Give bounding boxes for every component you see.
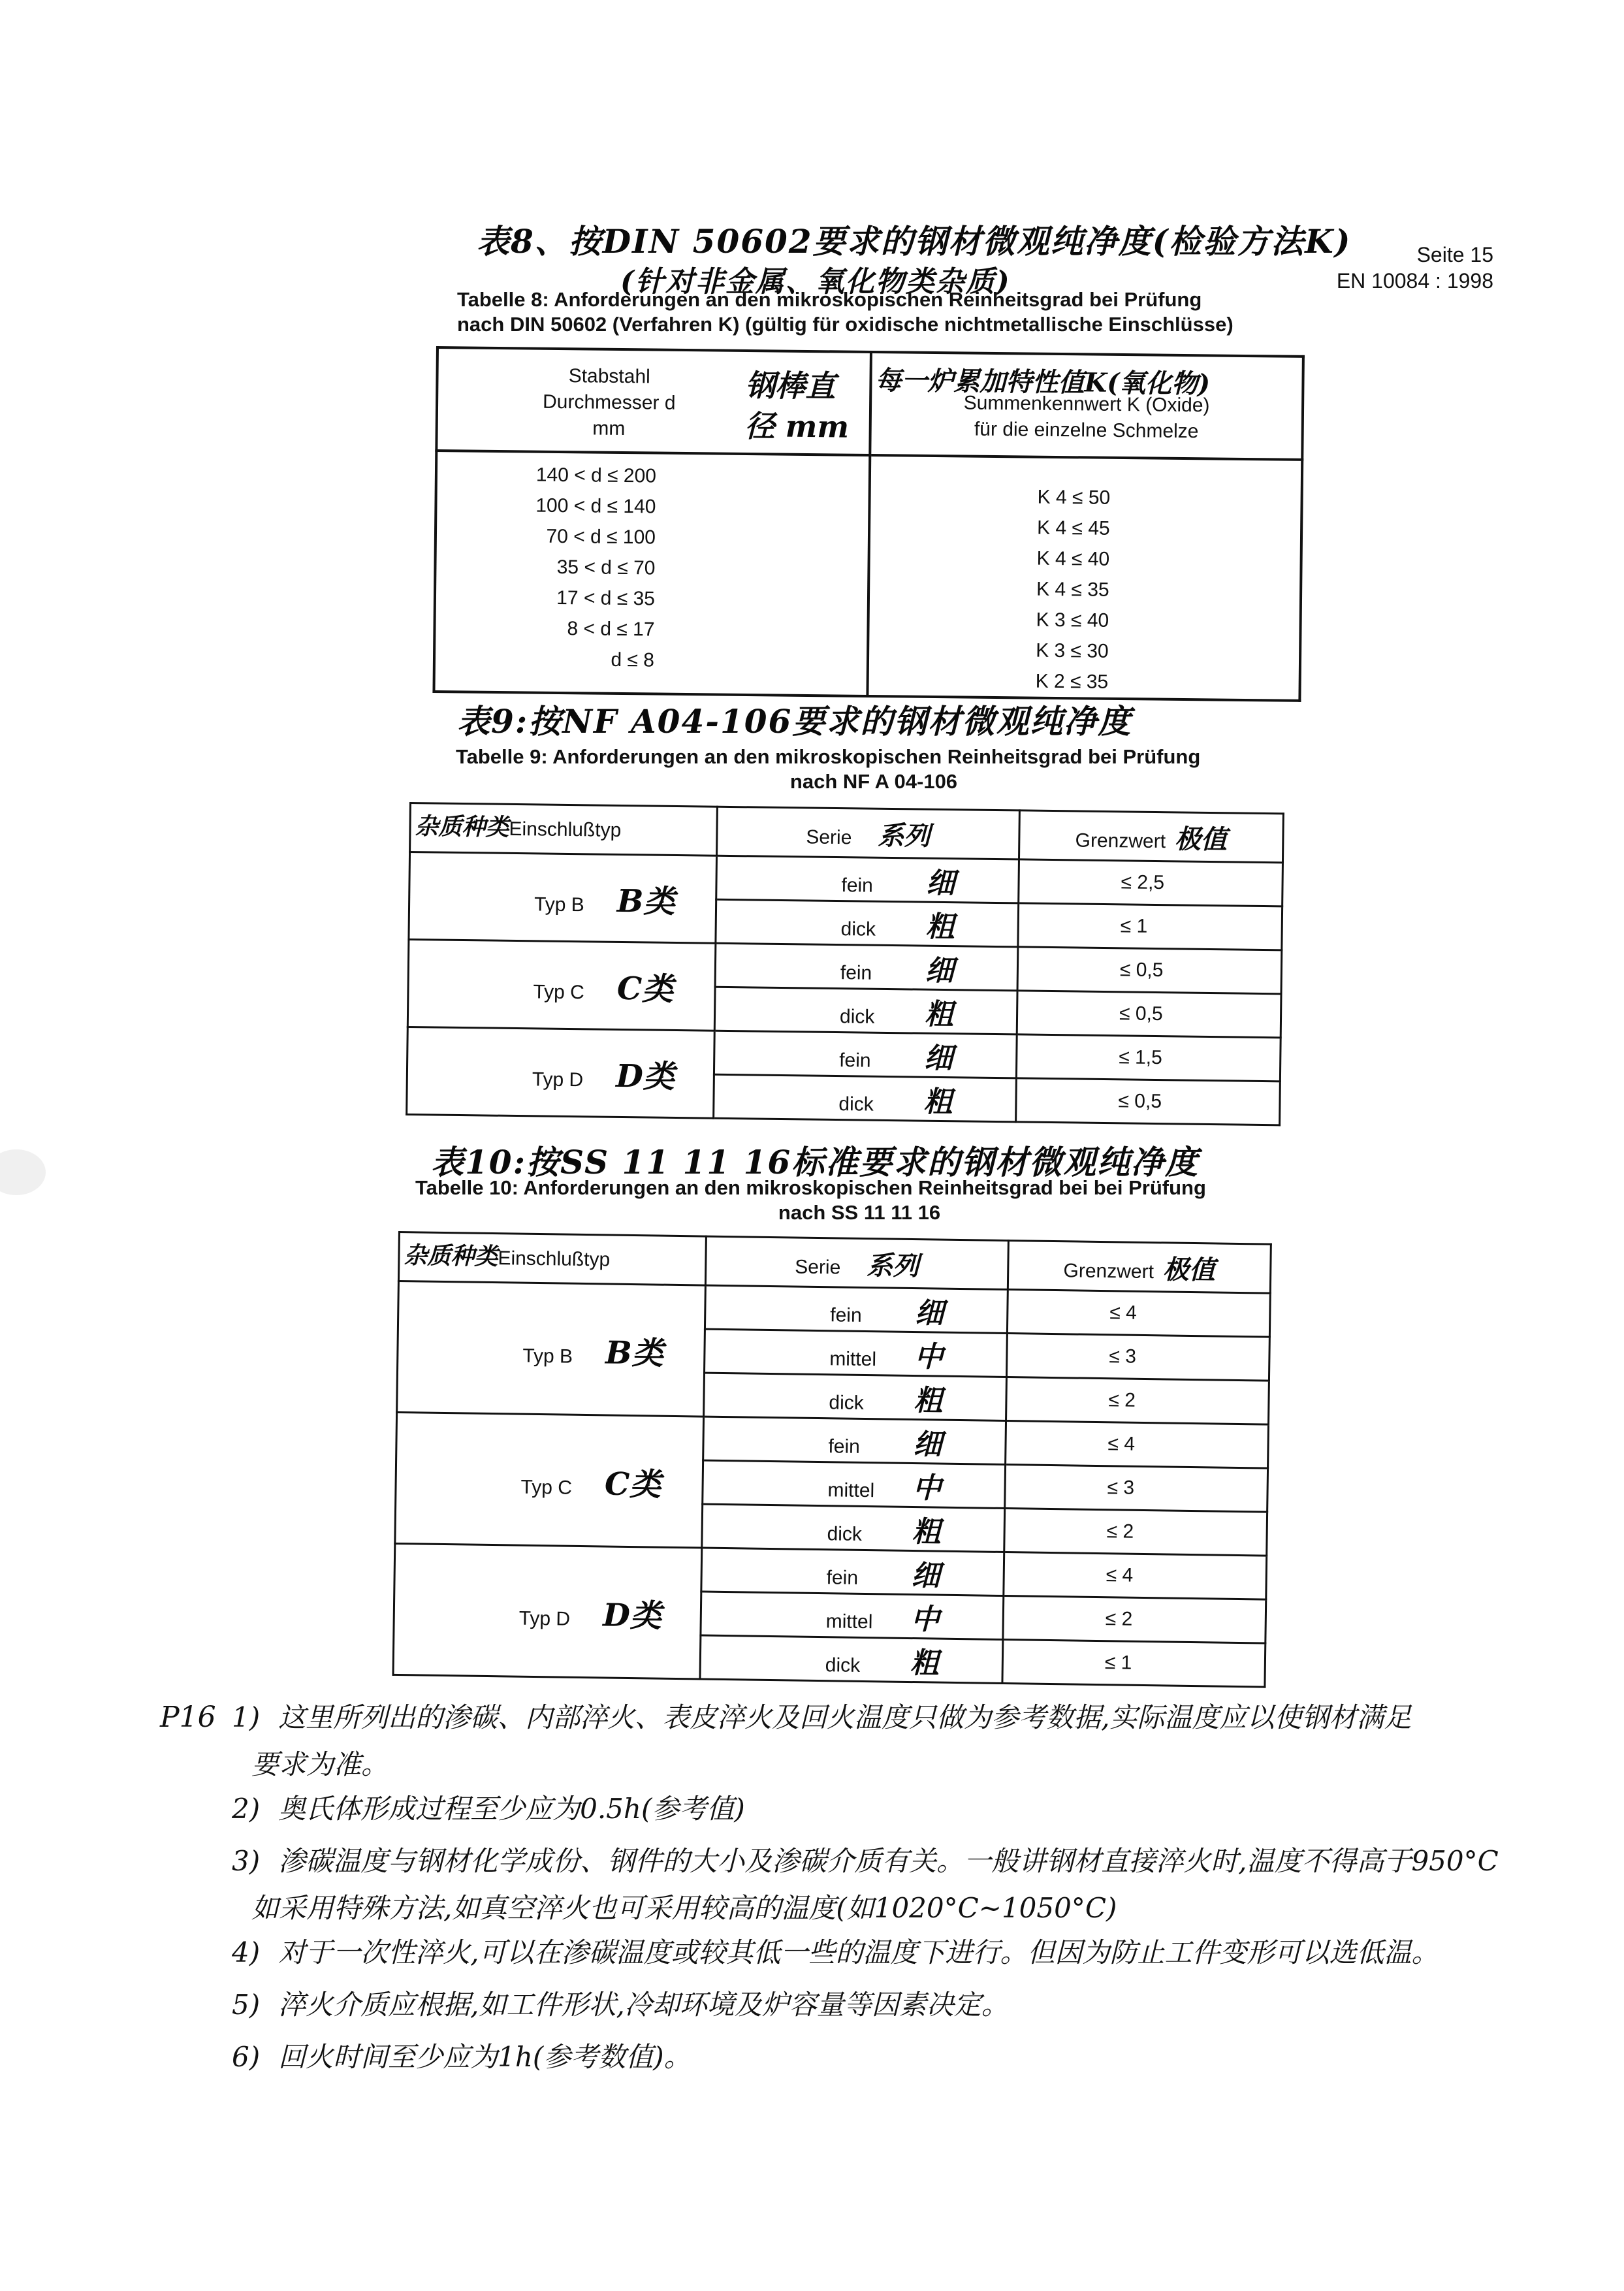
series-cell: dick粗 xyxy=(714,987,1017,1034)
series-cell: fein细 xyxy=(701,1548,1004,1595)
note-text: 回火时间至少应为1h(参考数值)。 xyxy=(278,2041,692,2073)
series-value: fein xyxy=(828,1435,900,1459)
series-cell: fein细 xyxy=(716,856,1019,903)
limit-cell: ≤ 1 xyxy=(1018,903,1282,950)
header-type: 杂质种类Einschlußtyp xyxy=(398,1232,706,1286)
table8-header-diameter: Stabstahl Durchmesser d mm 钢棒直径 mm xyxy=(436,347,871,455)
table9: 杂质种类EinschlußtypSerie系列Grenzwert极值Typ BB… xyxy=(406,802,1284,1126)
header-type-cn: 杂质种类 xyxy=(404,1242,498,1270)
limit-cell: ≤ 0,5 xyxy=(1017,991,1281,1038)
series-value: dick xyxy=(838,1093,910,1116)
inclusion-type-cn: B类 xyxy=(617,883,675,920)
note-item: 4)对于一次性淬火,可以在渗碳温度或较其低一些的温度下进行。但因为防止工件变形可… xyxy=(232,1933,1570,1972)
inclusion-type: Typ D xyxy=(532,1068,584,1091)
inclusion-type: Typ C xyxy=(520,1476,572,1498)
series-cn: 细 xyxy=(925,954,955,988)
series-cell: dick粗 xyxy=(714,1074,1017,1122)
header-type-cn: 杂质种类 xyxy=(415,812,509,841)
series-cell: fein细 xyxy=(715,943,1018,991)
series-value: fein xyxy=(830,1304,902,1328)
note-text: 这里所列出的渗碳、内部淬火、表皮淬火及回火温度只做为参考数据,实际温度应以使钢材… xyxy=(278,1701,1411,1733)
series-cn: 中 xyxy=(914,1340,944,1374)
table8-diameters: 140 < d ≤ 200100 < d ≤ 14070 < d ≤ 10035… xyxy=(434,451,870,696)
series-value: dick xyxy=(840,1006,912,1029)
table8-diameter-cell: 17 < d ≤ 35 xyxy=(436,581,655,615)
header-limit-cn: 极值 xyxy=(1163,1254,1216,1285)
inclusion-type-cell: Typ BB类 xyxy=(397,1281,706,1417)
limit-cell: ≤ 4 xyxy=(1006,1421,1269,1469)
inclusion-type-cell: Typ CC类 xyxy=(407,940,716,1031)
series-cell: dick粗 xyxy=(700,1635,1003,1683)
table10-caption-line1: Tabelle 10: Anforderungen an den mikrosk… xyxy=(415,1176,1277,1200)
header-series-label: Serie xyxy=(806,826,852,848)
table8-header-diameter-cn: 钢棒直径 mm xyxy=(744,365,863,447)
table8-diameter-cell: d ≤ 8 xyxy=(436,643,654,676)
series-value: dick xyxy=(827,1523,899,1546)
series-cell: dick粗 xyxy=(716,899,1019,947)
table8-caption-line1: Tabelle 8: Anforderungen an den mikrosko… xyxy=(457,287,1306,312)
header-limit: Grenzwert极值 xyxy=(1008,1241,1271,1294)
note-number: 4) xyxy=(232,1936,260,1968)
inclusion-type: Typ B xyxy=(522,1345,573,1367)
series-value: dick xyxy=(840,918,912,941)
series-cell: dick粗 xyxy=(702,1504,1005,1552)
table9-cn-title: 表9:按NF A04-106要求的钢材微观纯净度 xyxy=(457,696,1132,743)
series-cell: mittel中 xyxy=(703,1460,1006,1508)
table8-limit-cell: K 2 ≤ 35 xyxy=(1035,666,1298,699)
page-number: Seite 15 xyxy=(1337,242,1493,268)
inclusion-type-cn: C类 xyxy=(617,970,674,1008)
series-cell: fein细 xyxy=(714,1031,1017,1078)
series-cell: mittel中 xyxy=(701,1592,1004,1639)
limit-cell: ≤ 1,5 xyxy=(1016,1034,1281,1081)
series-value: mittel xyxy=(825,1610,897,1634)
inclusion-type-cell: Typ CC类 xyxy=(395,1412,704,1548)
limit-cell: ≤ 4 xyxy=(1007,1290,1270,1338)
series-value: fein xyxy=(840,962,912,985)
series-cn: 细 xyxy=(915,1296,944,1330)
page-header: Seite 15 EN 10084 : 1998 xyxy=(1337,242,1493,294)
note-line: 3)渗碳温度与钢材化学成份、钢件的大小及渗碳介质有关。一般讲钢材直接淬火时,温度… xyxy=(232,1842,1570,1881)
inclusion-type-cn: D类 xyxy=(603,1597,661,1634)
series-cn: 粗 xyxy=(925,998,954,1032)
note-item: 5)淬火介质应根据,如工件形状,冷却环境及炉容量等因素决定。 xyxy=(232,1985,1570,2025)
table8-limit-cell: K 4 ≤ 35 xyxy=(1036,574,1299,607)
note-line: 6)回火时间至少应为1h(参考数值)。 xyxy=(232,2038,1570,2077)
note-line: 1)这里所列出的渗碳、内部淬火、表皮淬火及回火温度只做为参考数据,实际温度应以使… xyxy=(232,1698,1570,1737)
note-item: 3)渗碳温度与钢材化学成份、钢件的大小及渗碳介质有关。一般讲钢材直接淬火时,温度… xyxy=(232,1842,1570,1928)
series-cn: 细 xyxy=(924,1042,953,1076)
series-cell: mittel中 xyxy=(705,1329,1008,1377)
limit-cell: ≤ 2 xyxy=(1003,1595,1266,1643)
note-number: 6) xyxy=(232,2041,260,2073)
inclusion-type-cell: Typ DD类 xyxy=(407,1027,715,1118)
note-number: 3) xyxy=(232,1845,260,1877)
note-text: 渗碳温度与钢材化学成份、钢件的大小及渗碳介质有关。一般讲钢材直接淬火时,温度不得… xyxy=(278,1845,1499,1877)
note-item: 1)这里所列出的渗碳、内部淬火、表皮淬火及回火温度只做为参考数据,实际温度应以使… xyxy=(232,1698,1570,1784)
limit-cell: ≤ 2 xyxy=(1004,1509,1267,1556)
series-value: fein xyxy=(841,874,913,897)
table10-caption: Tabelle 10: Anforderungen an den mikrosk… xyxy=(415,1176,1277,1225)
limit-cell: ≤ 3 xyxy=(1006,1334,1269,1381)
note-continuation: 要求为准。 xyxy=(232,1745,1570,1784)
inclusion-type-cell: Typ BB类 xyxy=(409,852,717,944)
header-series-cn: 系列 xyxy=(878,820,931,851)
table8-limit-cell: K 4 ≤ 40 xyxy=(1036,543,1299,577)
header-series: Serie系列 xyxy=(717,807,1020,859)
header-type-label: Einschlußtyp xyxy=(509,818,621,841)
series-cn: 中 xyxy=(912,1471,942,1505)
header-limit-cn: 极值 xyxy=(1175,824,1228,855)
note-line: 4)对于一次性淬火,可以在渗碳温度或较其低一些的温度下进行。但因为防止工件变形可… xyxy=(232,1933,1570,1972)
series-cn: 细 xyxy=(911,1559,940,1593)
series-cn: 细 xyxy=(926,867,955,901)
series-cn: 粗 xyxy=(910,1646,939,1680)
scan-smudge xyxy=(0,1149,46,1195)
notes-label: P16 xyxy=(160,1698,216,1737)
table8-limit-cell: K 4 ≤ 45 xyxy=(1037,513,1300,546)
series-cell: fein细 xyxy=(703,1417,1006,1464)
series-cell: fein细 xyxy=(705,1285,1008,1333)
table9-caption: Tabelle 9: Anforderungen an den mikrosko… xyxy=(456,745,1266,794)
limit-cell: ≤ 3 xyxy=(1005,1465,1268,1513)
table8-caption-line2: nach DIN 50602 (Verfahren K) (gültig für… xyxy=(457,312,1306,337)
table9-caption-line1: Tabelle 9: Anforderungen an den mikrosko… xyxy=(456,745,1266,769)
note-item: 2)奥氏体形成过程至少应为0.5h(参考值) xyxy=(232,1789,1570,1829)
table8-limits: K 4 ≤ 50K 4 ≤ 45K 4 ≤ 40K 4 ≤ 35K 3 ≤ 40… xyxy=(867,455,1302,701)
inclusion-type: Typ D xyxy=(519,1607,571,1629)
note-text: 淬火介质应根据,如工件形状,冷却环境及炉容量等因素决定。 xyxy=(278,1989,1009,2021)
series-value: fein xyxy=(826,1567,898,1590)
inclusion-type: Typ C xyxy=(533,981,584,1003)
table10-caption-line2: nach SS 11 11 16 xyxy=(415,1200,1277,1225)
note-continuation: 如采用特殊方法,如真空淬火也可采用较高的温度(如1020°C~1050°C) xyxy=(232,1889,1570,1928)
note-text: 对于一次性淬火,可以在渗碳温度或较其低一些的温度下进行。但因为防止工件变形可以选… xyxy=(278,1936,1439,1968)
series-value: dick xyxy=(829,1392,900,1415)
series-cn: 细 xyxy=(913,1428,942,1462)
inclusion-type-cell: Typ DD类 xyxy=(393,1543,702,1679)
series-value: dick xyxy=(825,1654,897,1678)
series-value: mittel xyxy=(829,1348,901,1371)
note-line: 5)淬火介质应根据,如工件形状,冷却环境及炉容量等因素决定。 xyxy=(232,1985,1570,2025)
table8: Stabstahl Durchmesser d mm 钢棒直径 mm 每一炉累加… xyxy=(432,346,1304,702)
header-series-cn: 系列 xyxy=(867,1250,919,1281)
series-cn: 粗 xyxy=(912,1515,941,1549)
table8-diameter-cell: 35 < d ≤ 70 xyxy=(436,551,655,584)
header-limit-label: Grenzwert xyxy=(1075,829,1166,852)
header-limit-label: Grenzwert xyxy=(1063,1260,1154,1283)
series-value: mittel xyxy=(827,1479,899,1503)
limit-cell: ≤ 0,5 xyxy=(1016,1078,1281,1125)
note-line: 2)奥氏体形成过程至少应为0.5h(参考值) xyxy=(232,1789,1570,1829)
table8-limit-cell: K 4 ≤ 50 xyxy=(1037,482,1300,515)
standard-number: EN 10084 : 1998 xyxy=(1337,268,1493,294)
table8-diameter-cell: 100 < d ≤ 140 xyxy=(437,489,656,522)
series-cn: 粗 xyxy=(923,1085,953,1119)
limit-cell: ≤ 0,5 xyxy=(1017,947,1282,994)
note-number: 1) xyxy=(232,1701,260,1733)
series-cn: 中 xyxy=(910,1603,940,1637)
table8-limit-cell: K 3 ≤ 40 xyxy=(1036,605,1299,638)
inclusion-type-cn: C类 xyxy=(605,1466,661,1503)
table8-body-row: 140 < d ≤ 200100 < d ≤ 14070 < d ≤ 10035… xyxy=(434,451,1302,701)
table9-caption-line2: nach NF A 04-106 xyxy=(456,769,1266,794)
header-type-label: Einschlußtyp xyxy=(498,1247,610,1270)
limit-cell: ≤ 2 xyxy=(1006,1377,1269,1425)
table8-header-row: Stabstahl Durchmesser d mm 钢棒直径 mm 每一炉累加… xyxy=(436,347,1303,460)
header-limit: Grenzwert极值 xyxy=(1019,810,1283,863)
table10: 杂质种类EinschlußtypSerie系列Grenzwert极值Typ BB… xyxy=(392,1231,1271,1688)
table8-limit-cell: K 3 ≤ 30 xyxy=(1036,635,1299,669)
series-value: fein xyxy=(839,1049,911,1072)
series-cn: 粗 xyxy=(925,910,955,944)
limit-cell: ≤ 4 xyxy=(1004,1552,1267,1600)
note-number: 2) xyxy=(232,1793,260,1825)
header-series: Serie系列 xyxy=(705,1236,1008,1289)
limit-cell: ≤ 2,5 xyxy=(1019,859,1283,906)
table8-caption: Tabelle 8: Anforderungen an den mikrosko… xyxy=(457,287,1306,337)
note-number: 5) xyxy=(232,1989,260,2021)
limit-cell: ≤ 1 xyxy=(1002,1639,1266,1687)
series-cn: 粗 xyxy=(914,1384,943,1418)
table8-header-limit: 每一炉累加特性值K(氧化物) Summenkennwert K (Oxide) … xyxy=(870,352,1303,460)
note-text: 奥氏体形成过程至少应为0.5h(参考值) xyxy=(278,1793,745,1825)
header-type: 杂质种类Einschlußtyp xyxy=(410,803,718,856)
inclusion-type-cn: D类 xyxy=(616,1058,675,1095)
inclusion-type: Typ B xyxy=(534,893,584,916)
table8-diameter-cell: 8 < d ≤ 17 xyxy=(436,612,654,645)
header-series-label: Serie xyxy=(795,1256,841,1278)
note-item: 6)回火时间至少应为1h(参考数值)。 xyxy=(232,2038,1570,2077)
table8-cn-title: 表8、按DIN 50602要求的钢材微观纯净度(检验方法K) xyxy=(477,216,1351,263)
series-cell: dick粗 xyxy=(704,1373,1007,1420)
table8-diameter-cell: 70 < d ≤ 100 xyxy=(437,520,656,553)
inclusion-type-cn: B类 xyxy=(605,1334,663,1371)
table8-diameter-cell: 140 < d ≤ 200 xyxy=(438,458,656,492)
